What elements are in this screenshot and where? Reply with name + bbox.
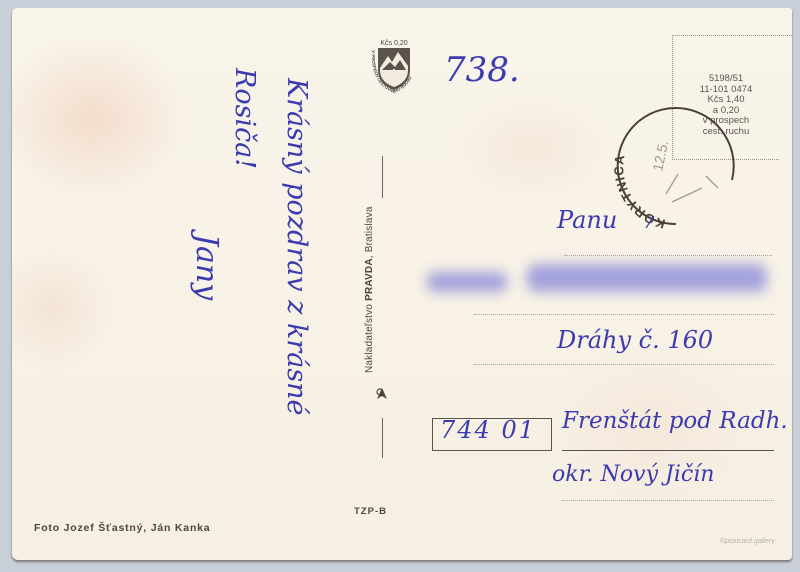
photo-credit: Foto Jozef Šťastný, Ján Kanka: [34, 522, 210, 534]
publisher-imprint: Nakladateľstvo PRAVDA, Bratislava: [364, 206, 375, 373]
message-line-1: Krásný pozdrav z krásné: [281, 78, 312, 416]
publisher-city: , Bratislava: [364, 206, 375, 258]
address-line-3: [474, 364, 774, 365]
mountain-edelweiss-emblem-icon: Kčs 0,20 V PROSPECH CESTOVNÉHO RUCHU: [364, 36, 424, 94]
postmark-icon: KORYTNICA 12.5.: [606, 102, 742, 230]
publisher-prefix: Nakladateľstvo: [364, 304, 375, 373]
svg-text:Kčs 0,20: Kčs 0,20: [380, 40, 407, 47]
address-line-2: [474, 314, 774, 315]
publisher-logo-icon: [374, 386, 390, 402]
address-salutation: Panu: [557, 206, 617, 234]
publisher-name: PRAVDA: [364, 258, 375, 301]
signature: Jany: [189, 234, 224, 300]
series-code: TZP-B: [354, 506, 387, 517]
stamp-line: 5198/51: [674, 74, 778, 85]
center-divider-bottom: [382, 418, 383, 458]
address-district: okr. Nový Jičín: [552, 462, 714, 487]
address-line-1: [564, 255, 772, 256]
center-divider-top: [382, 156, 383, 198]
message-line-2: Rosiča!: [229, 68, 260, 169]
address-line-5: [562, 500, 774, 501]
address-city-underline: [562, 450, 774, 451]
watermark: ©postcard.gallery: [720, 538, 775, 545]
reference-number: 738.: [444, 50, 520, 90]
svg-text:12.5.: 12.5.: [649, 139, 671, 173]
address-city: Frenštát pod Radh.: [562, 408, 788, 434]
postal-code: 744 01: [440, 416, 536, 444]
postcard-back: Kčs 0,20 V PROSPECH CESTOVNÉHO RUCHU 519…: [12, 8, 792, 560]
address-street: Dráhy č. 160: [557, 326, 713, 354]
recipient-name-redacted: [427, 258, 767, 300]
